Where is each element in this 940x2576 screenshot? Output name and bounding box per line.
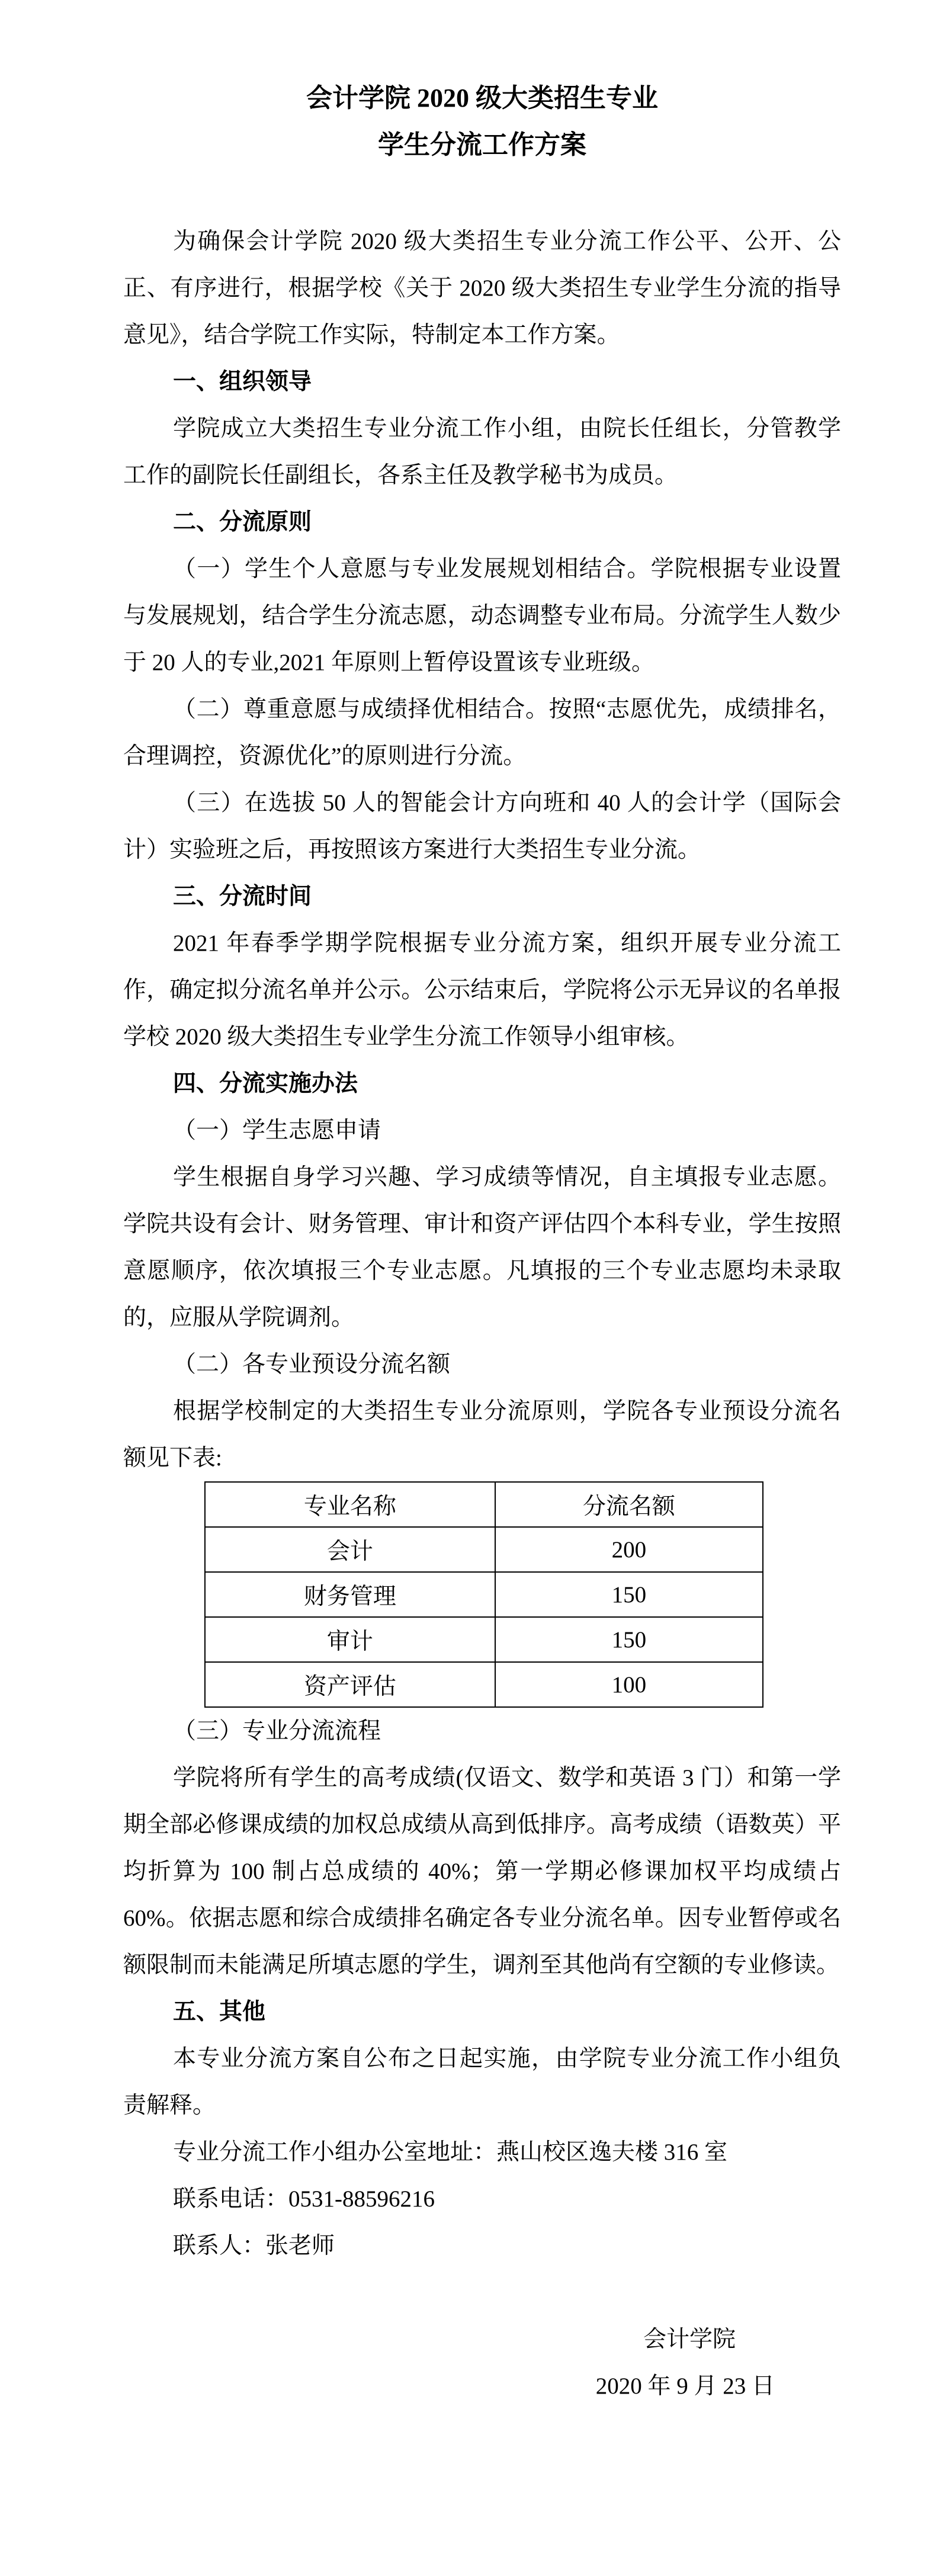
table-header-major-name: 专业名称 xyxy=(205,1482,495,1527)
blank-line xyxy=(123,2269,841,2316)
process-paragraph: 学院将所有学生的高考成绩(仅语文、数学和英语 3 门）和第一学期全部必修课成绩的… xyxy=(123,1754,841,1988)
subsection-heading-application: （一）学生志愿申请 xyxy=(123,1107,841,1154)
subsection-heading-process: （三）专业分流流程 xyxy=(123,1708,841,1754)
table-row: 会计 200 xyxy=(205,1527,763,1572)
section-heading-implementation: 四、分流实施办法 xyxy=(123,1060,841,1107)
principle-item-3: （三）在选拔 50 人的智能会计方向班和 40 人的会计学（国际会计）实验班之后… xyxy=(123,779,841,873)
intro-paragraph: 为确保会计学院 2020 级大类招生专业分流工作公平、公开、公正、有序进行，根据… xyxy=(123,218,841,358)
table-cell-major: 会计 xyxy=(205,1527,495,1572)
contact-line: 联系人：张老师 xyxy=(123,2222,841,2269)
phone-line: 联系电话：0531-88596216 xyxy=(123,2176,841,2222)
subsection-heading-quota: （二）各专业预设分流名额 xyxy=(123,1341,841,1388)
table-row: 审计 150 xyxy=(205,1617,763,1662)
document-page: 会计学院 2020 级大类招生专业 学生分流工作方案 为确保会计学院 2020 … xyxy=(0,0,940,2576)
signature-date: 2020 年 9 月 23 日 xyxy=(123,2363,841,2410)
section-heading-principles: 二、分流原则 xyxy=(123,499,841,546)
page-title-line-1: 会计学院 2020 级大类招生专业 xyxy=(123,75,841,121)
table-cell-major: 审计 xyxy=(205,1617,495,1662)
table-cell-quota: 200 xyxy=(495,1527,763,1572)
table-header-row: 专业名称 分流名额 xyxy=(205,1482,763,1527)
table-row: 资产评估 100 xyxy=(205,1662,763,1707)
table-cell-quota: 150 xyxy=(495,1617,763,1662)
application-paragraph: 学生根据自身学习兴趣、学习成绩等情况，自主填报专业志愿。学院共设有会计、财务管理… xyxy=(123,1154,841,1341)
quota-table: 专业名称 分流名额 会计 200 财务管理 150 审计 150 资产评估 10… xyxy=(204,1481,763,1708)
time-paragraph: 2021 年春季学期学院根据专业分流方案，组织开展专业分流工作，确定拟分流名单并… xyxy=(123,920,841,1060)
section-heading-organization: 一、组织领导 xyxy=(123,358,841,405)
table-cell-quota: 150 xyxy=(495,1572,763,1617)
page-title-line-2: 学生分流工作方案 xyxy=(123,121,841,168)
principle-item-2: （二）尊重意愿与成绩择优相结合。按照“志愿优先，成绩排名，合理调控，资源优化”的… xyxy=(123,686,841,779)
table-row: 财务管理 150 xyxy=(205,1572,763,1617)
table-cell-major: 财务管理 xyxy=(205,1572,495,1617)
table-cell-major: 资产评估 xyxy=(205,1662,495,1707)
other-paragraph: 本专业分流方案自公布之日起实施，由学院专业分流工作小组负责解释。 xyxy=(123,2035,841,2129)
section-heading-other: 五、其他 xyxy=(123,1988,841,2035)
table-cell-quota: 100 xyxy=(495,1662,763,1707)
office-address-line: 专业分流工作小组办公室地址：燕山校区逸夫楼 316 室 xyxy=(123,2129,841,2176)
organization-paragraph: 学院成立大类招生专业分流工作小组，由院长任组长，分管教学工作的副院长任副组长，各… xyxy=(123,405,841,499)
quota-paragraph: 根据学校制定的大类招生专业分流原则，学院各专业预设分流名额见下表: xyxy=(123,1388,841,1481)
principle-item-1: （一）学生个人意愿与专业发展规划相结合。学院根据专业设置与发展规划，结合学生分流… xyxy=(123,546,841,686)
document-title: 会计学院 2020 级大类招生专业 学生分流工作方案 xyxy=(123,75,841,168)
signature: 会计学院 xyxy=(123,2316,841,2363)
table-header-quota: 分流名额 xyxy=(495,1482,763,1527)
section-heading-time: 三、分流时间 xyxy=(123,873,841,920)
